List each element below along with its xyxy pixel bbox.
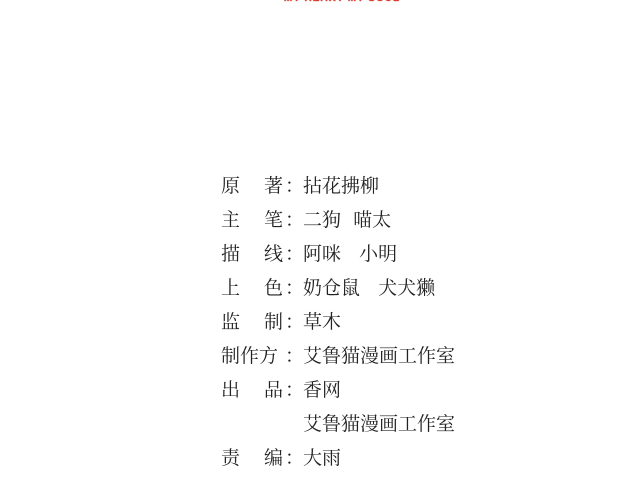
credit-label: 制作方 [221,344,278,368]
credit-colon: ： [285,344,304,368]
banner-text: MY HEART MY SOUL [284,0,400,3]
credit-value: 草木 [303,310,341,334]
credit-value: 二狗 喵太 [303,208,391,232]
credit-value: 大雨 [303,446,341,470]
credit-value: 阿咪 小明 [303,242,397,266]
credit-value: 香网 [303,378,341,402]
title-banner: MY HEART MY SOUL [272,0,412,4]
credit-colon: ： [285,242,304,266]
credit-colon: ： [285,310,304,334]
credit-value: 奶仓鼠 犬犬獭 [303,276,435,300]
credit-colon: ： [285,446,304,470]
credit-value: 艾鲁猫漫画工作室 [303,344,455,368]
credit-colon: ： [285,378,304,402]
credit-colon: ： [285,174,304,198]
credit-colon: ： [285,208,304,232]
credit-value: 艾鲁猫漫画工作室 [303,412,455,436]
credit-colon: ： [285,276,304,300]
credit-value: 拈花拂柳 [303,174,379,198]
